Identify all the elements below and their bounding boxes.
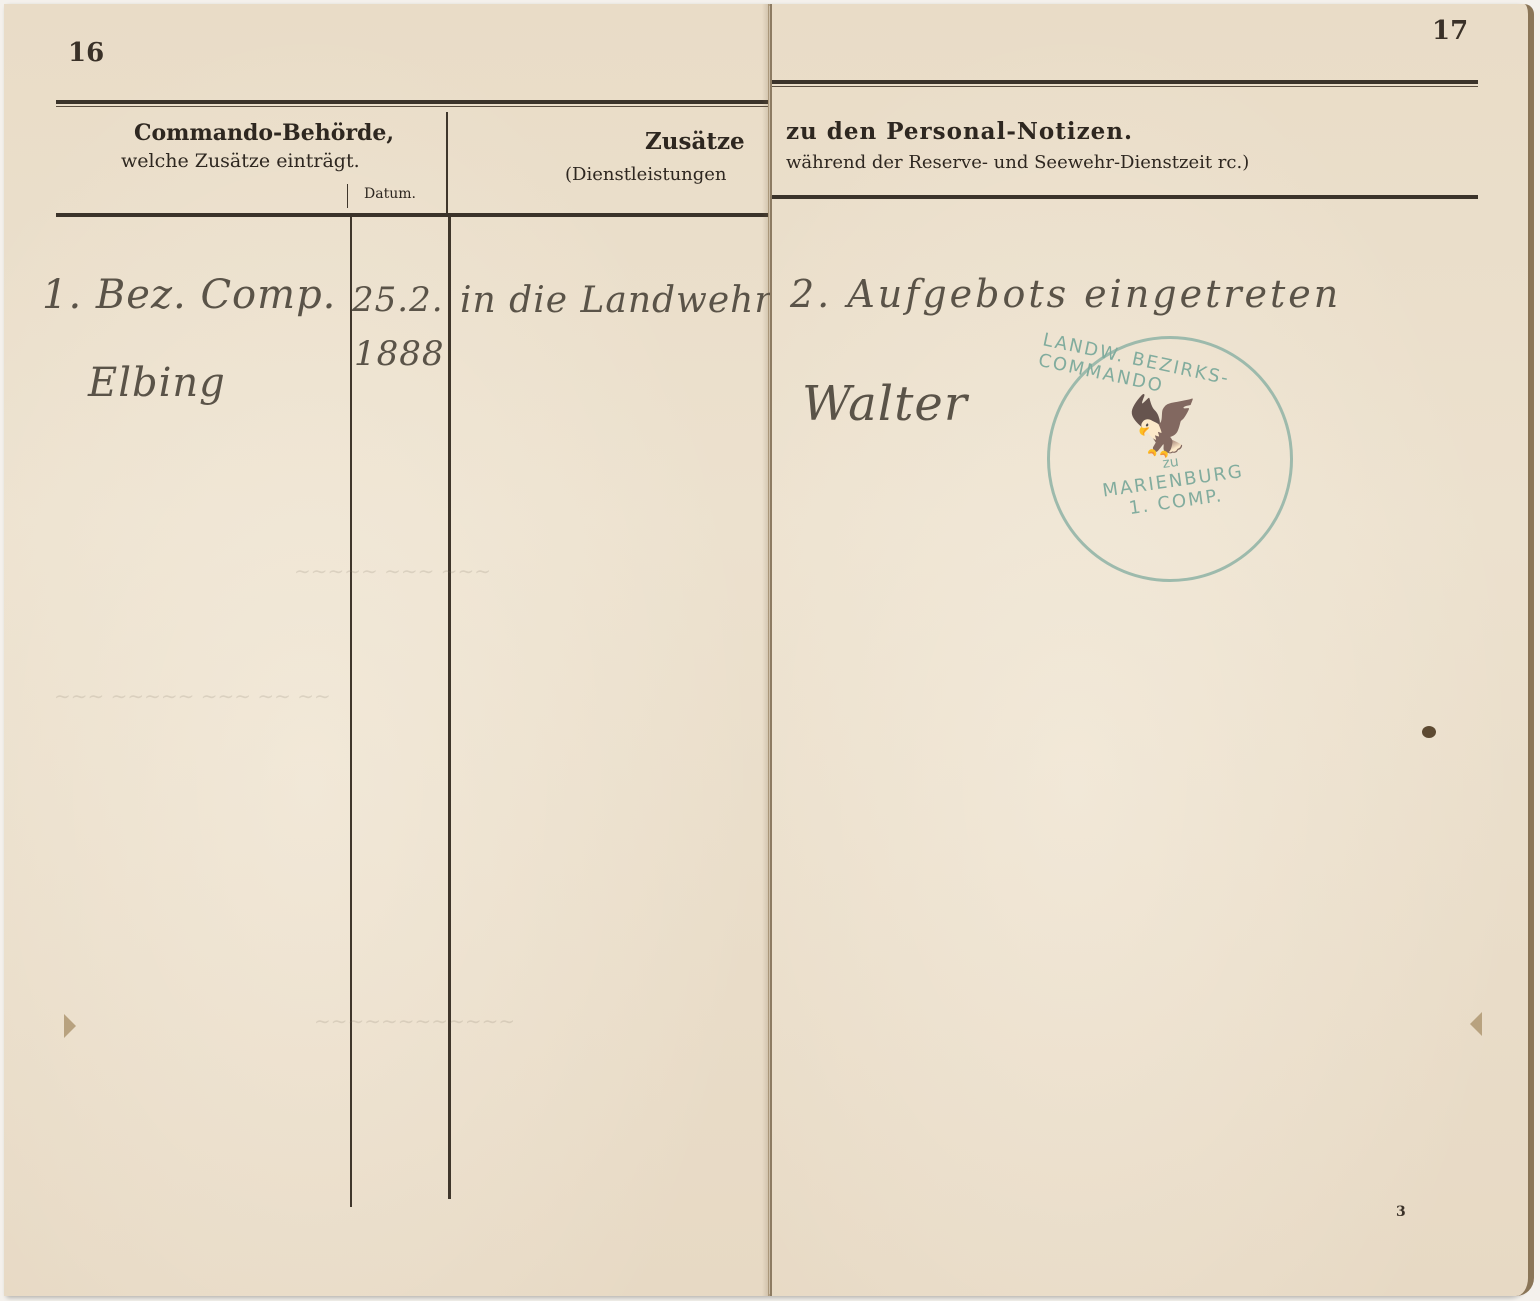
bleed-through-text: ∼∼∼∼∼∼∼∼∼∼∼∼ [314,1009,515,1033]
date-header-divider [347,184,348,208]
column-subheader-authority: welche Zusätze einträgt. [121,150,360,172]
bleed-through-text: ∼∼∼∼∼ ∼∼∼ ∼∼∼ [294,559,491,583]
header-top-rule [56,100,768,104]
ink-spot [1422,726,1436,738]
signature: Walter [802,376,968,432]
entry-note-continued: 2. Aufgebots eingetreten [790,272,1341,316]
page-edge-notch [1470,1012,1482,1036]
column-header-additions: Zusätze [645,128,745,155]
signature-mark: 3 [1396,1204,1406,1220]
header-bottom-rule [56,213,768,217]
column-subheader-continued: während der Reserve- und Seewehr-Dienstz… [786,152,1249,173]
header-column-divider [446,112,448,214]
entry-date-line2: 1888 [354,334,445,374]
header-bottom-rule [772,195,1478,199]
column-subheader-additions: (Dienstleistungen [565,164,727,185]
column-header-continued: zu den Personal-Notizen. [786,118,1133,145]
bleed-through-text: ∼∼∼ ∼∼∼∼∼ ∼∼∼ ∼∼ ∼∼ [54,684,331,708]
column-header-date: Datum. [364,186,416,202]
right-page: 17 zu den Personal-Notizen. während der … [770,4,1534,1296]
left-page: 16 Commando-Behörde, welche Zusätze eint… [4,4,769,1296]
header-top-rule-thin [56,106,768,107]
page-edge-notch [64,1014,76,1038]
header-top-rule [772,80,1478,84]
additions-column-line [448,217,451,1199]
entry-authority-line1: 1. Bez. Comp. [42,272,336,318]
entry-date-line1: 25.2. [352,280,444,320]
page-number-right: 17 [1432,16,1468,46]
entry-note: in die Landwehr [460,280,773,321]
entry-authority-line2: Elbing [88,360,226,406]
page-number-left: 16 [68,38,104,68]
column-header-authority: Commando-Behörde, [134,120,394,146]
header-top-rule-thin [772,86,1478,87]
open-book: 16 Commando-Behörde, welche Zusätze eint… [4,4,1526,1296]
date-column-line [350,217,352,1207]
